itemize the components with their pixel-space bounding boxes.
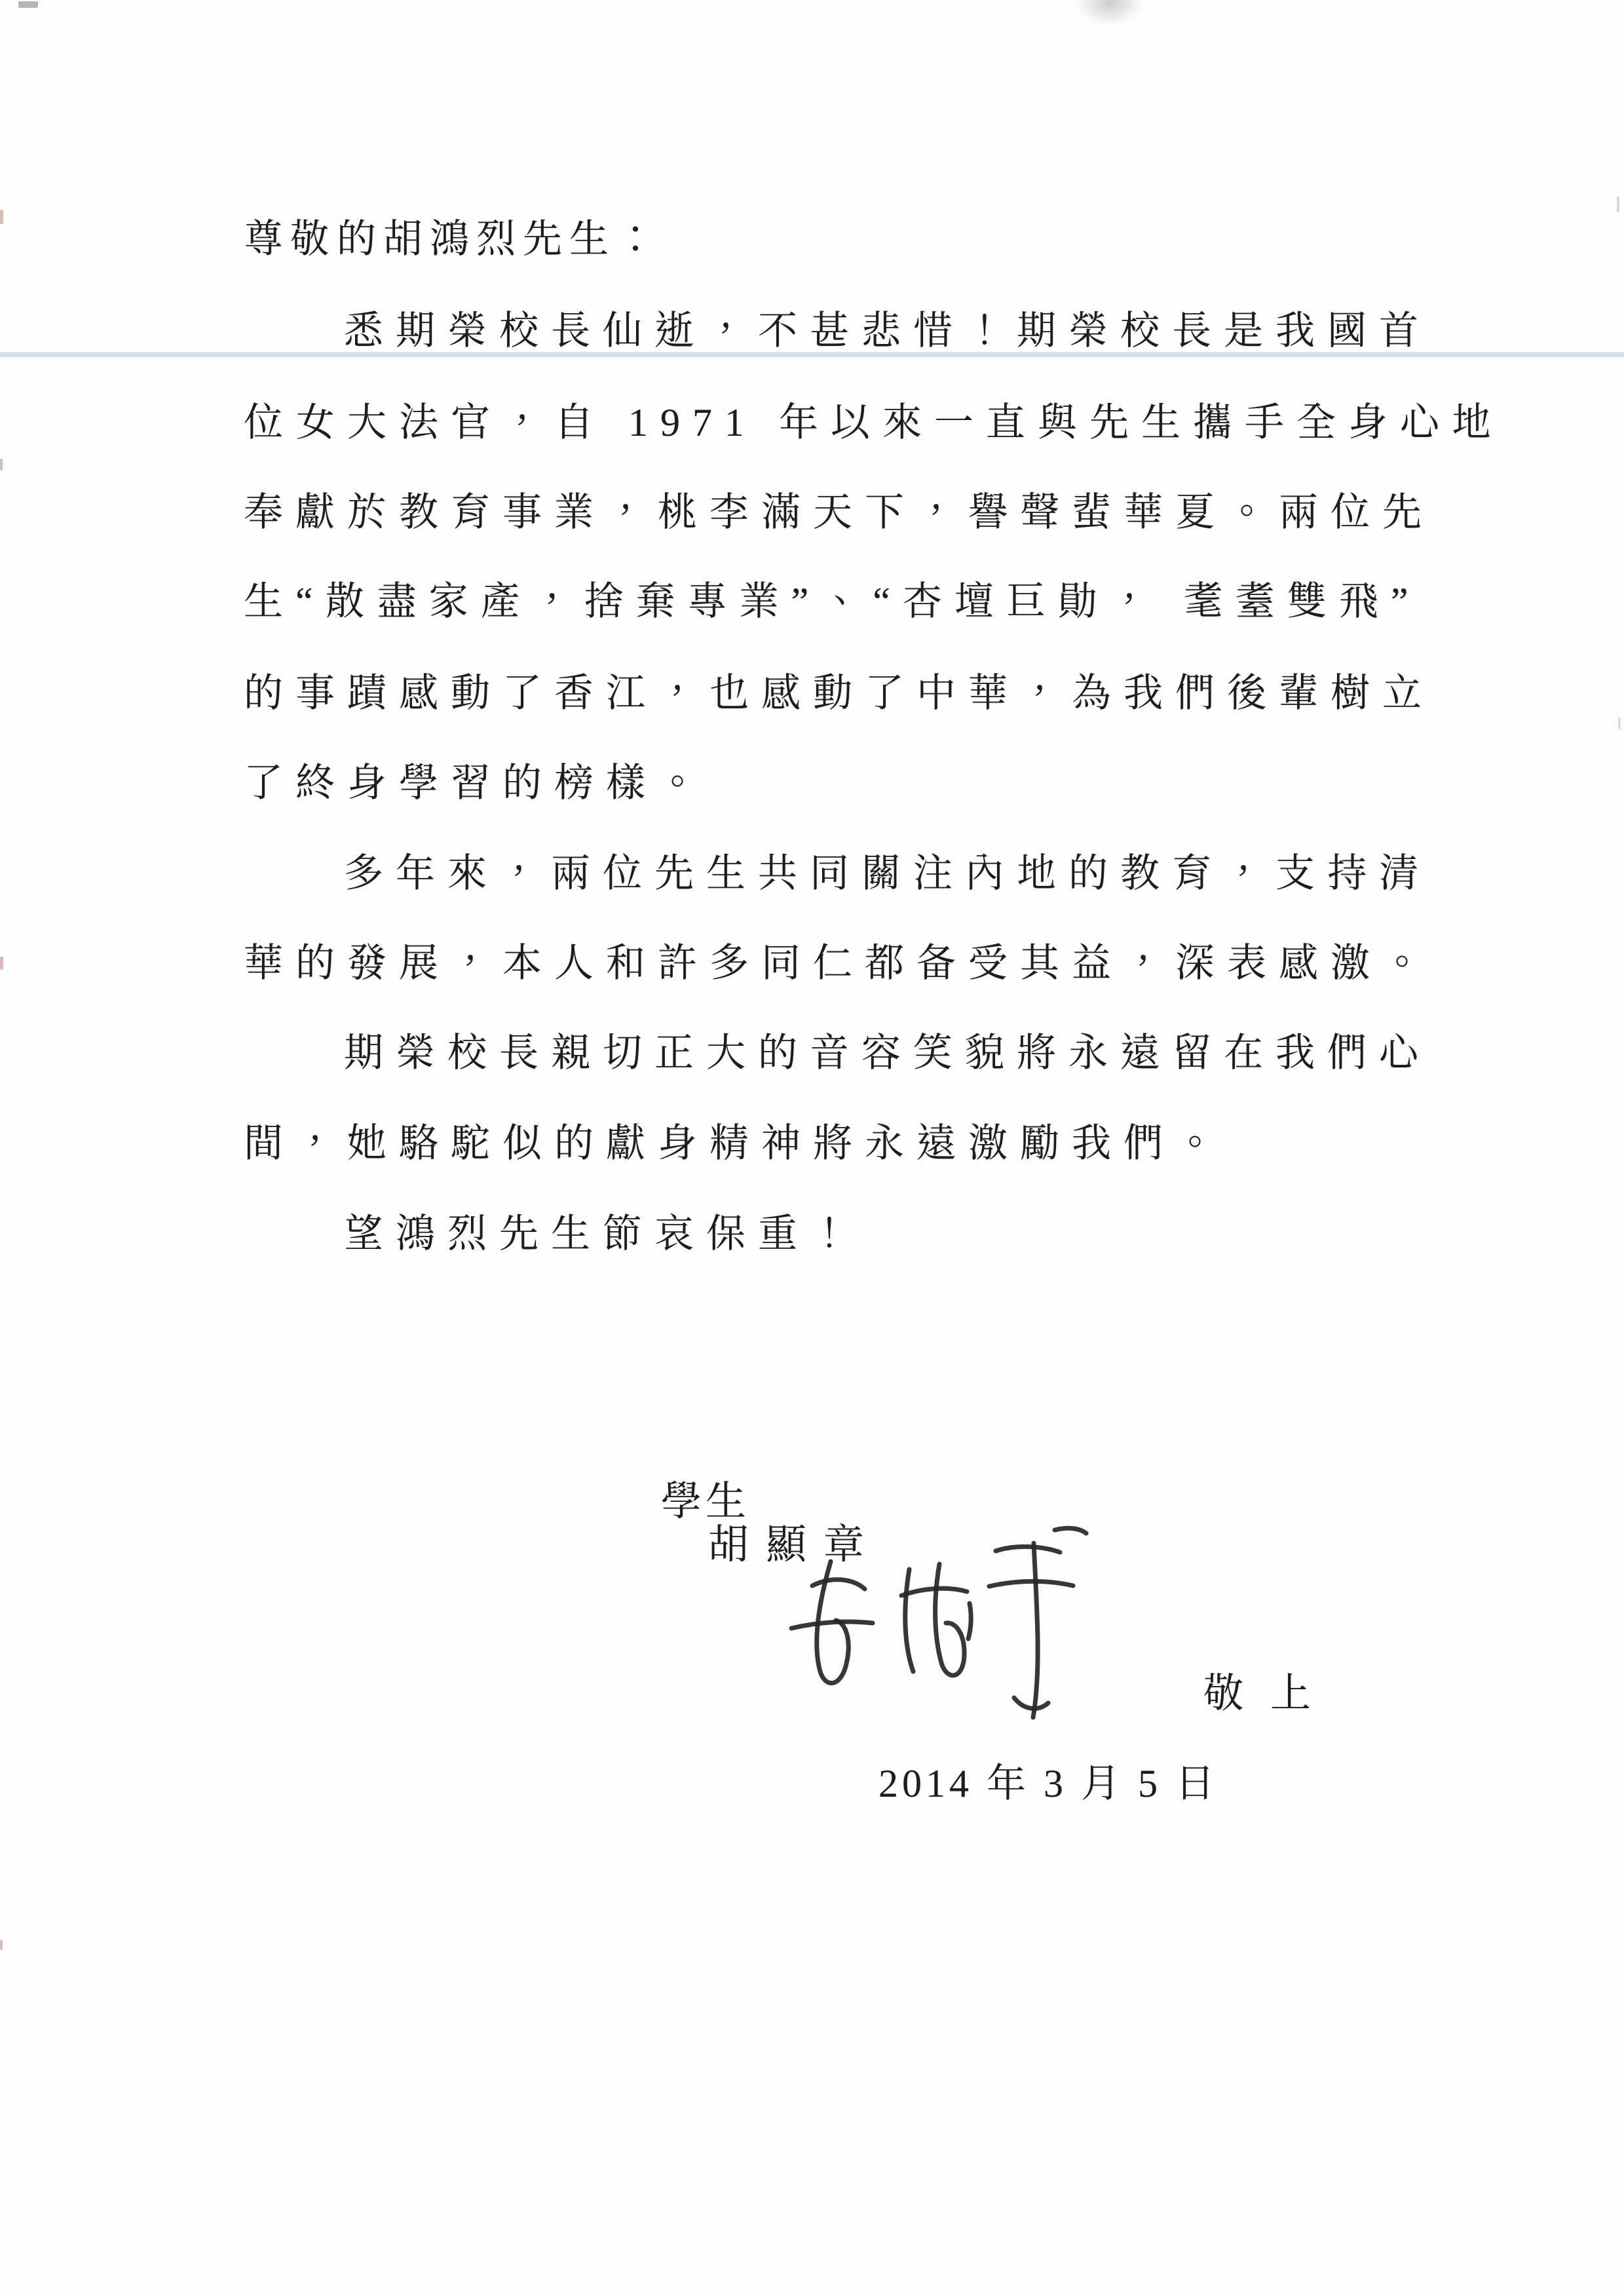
scan-smudge-artifact bbox=[1076, 0, 1144, 26]
closing-respect: 敬上 bbox=[1203, 1672, 1337, 1715]
closing-role-label: 學生 bbox=[661, 1480, 750, 1524]
letter-line: 華的發展，本人和許多同仁都备受其益，深表感激。 bbox=[244, 942, 1434, 984]
letter-line: 期榮校長親切正大的音容笑貌將永遠留在我們心 bbox=[244, 1032, 1431, 1074]
signature-stroke bbox=[1055, 1528, 1086, 1533]
signature-stroke bbox=[791, 1622, 873, 1628]
letter-line: 了終身學習的榜樣。 bbox=[244, 762, 709, 804]
handwritten-signature-image bbox=[773, 1523, 1101, 1720]
signature-stroke bbox=[905, 1569, 913, 1672]
signature-stroke bbox=[1033, 1543, 1038, 1717]
scan-speck-artifact bbox=[1618, 717, 1621, 729]
letter-line: 生“散盡家產，捨棄專業”、“杏壇巨勛， 耄耋雙飛” bbox=[244, 581, 1421, 622]
scan-speck-artifact bbox=[0, 459, 3, 470]
letter-line: 間，她駱駝似的獻身精神將永遠激勵我們。 bbox=[244, 1122, 1227, 1164]
letter-salutation: 尊敬的胡鴻烈先生： bbox=[244, 218, 662, 260]
scan-line-artifact bbox=[0, 352, 1624, 357]
letter-line: 的事蹟感動了香江，也感動了中華，為我們後輩樹立 bbox=[244, 672, 1434, 714]
signature-stroke bbox=[935, 1564, 964, 1675]
scan-speck-artifact bbox=[0, 957, 3, 970]
letter-line: 位女大法官，自 1971 年以來一直與先生攜手全身心地 bbox=[244, 402, 1503, 444]
signature-stroke bbox=[968, 1603, 971, 1639]
letter-line: 奉獻於教育事業，桃李滿天下，譽聲蜚華夏。兩位先 bbox=[244, 491, 1434, 533]
scan-speck-artifact bbox=[18, 1, 38, 8]
letter-date: 2014 年 3 月 5 日 bbox=[878, 1763, 1218, 1805]
signature-stroke bbox=[1014, 1698, 1048, 1708]
signature-stroke bbox=[996, 1546, 1060, 1552]
scan-speck-artifact bbox=[1617, 197, 1619, 212]
signature-stroke bbox=[812, 1580, 865, 1589]
letter-page: 尊敬的胡鴻烈先生： 悉期榮校長仙逝，不甚悲惜！期榮校長是我國首 位女大法官，自 … bbox=[0, 0, 1624, 2296]
letter-line: 望鴻烈先生節哀保重！ bbox=[244, 1213, 861, 1255]
letter-line: 悉期榮校長仙逝，不甚悲惜！期榮校長是我國首 bbox=[244, 310, 1431, 352]
scan-speck-artifact bbox=[0, 210, 3, 224]
signature-stroke bbox=[989, 1581, 1073, 1586]
scan-speck-artifact bbox=[0, 1940, 3, 1950]
letter-line: 多年來，兩位先生共同關注內地的教育，支持清 bbox=[244, 852, 1431, 894]
